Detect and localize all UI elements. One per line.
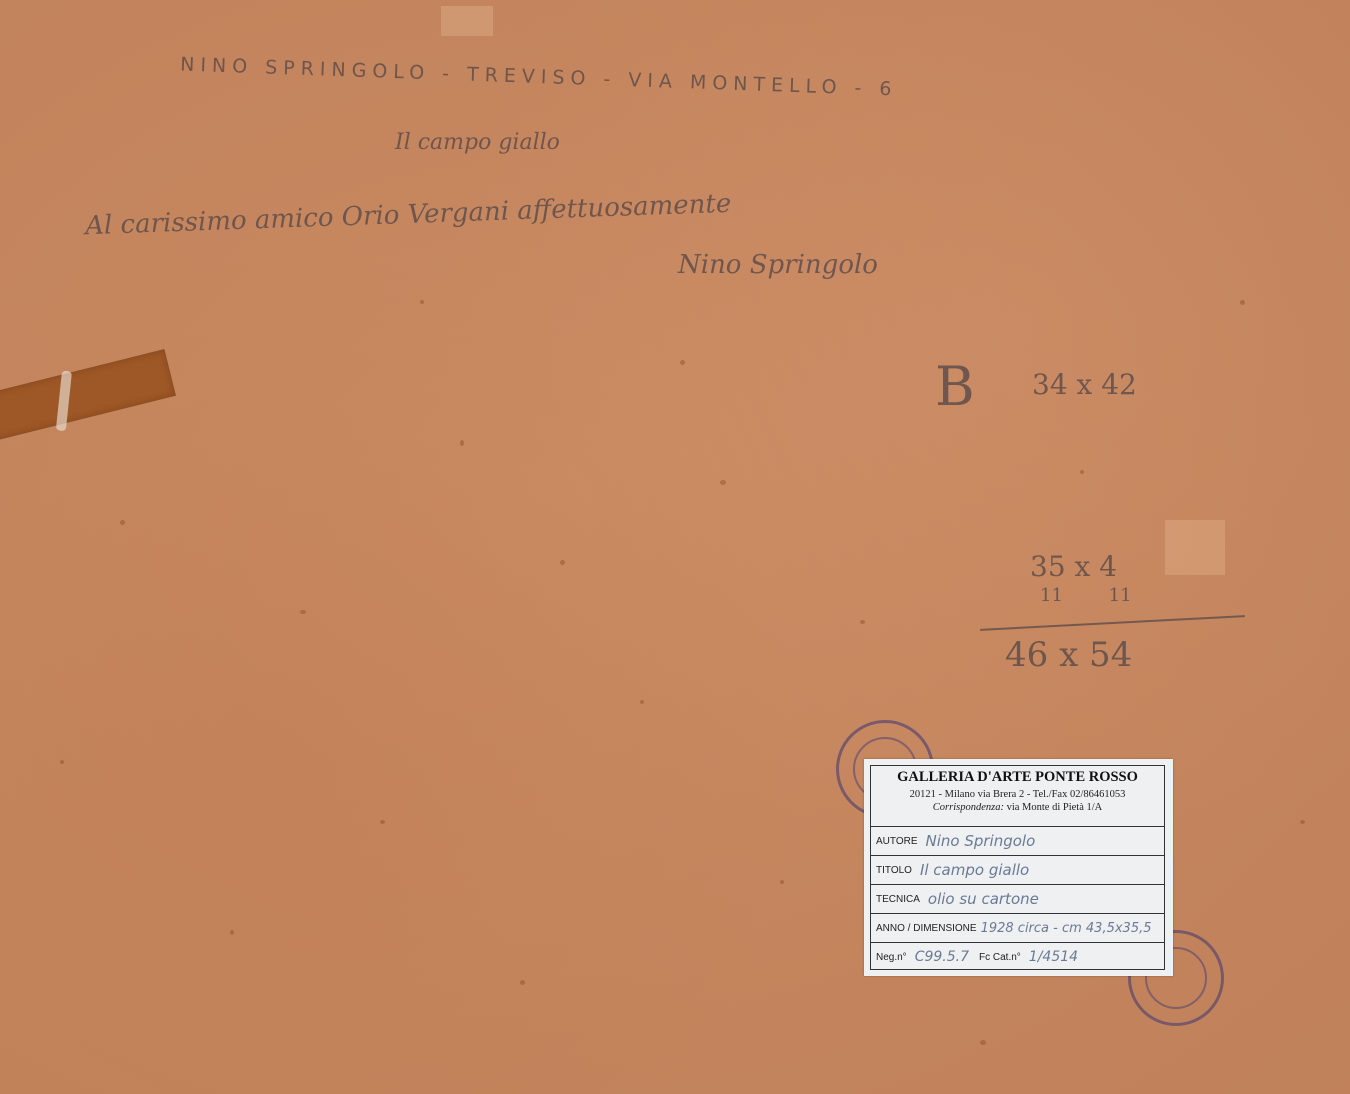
speck — [980, 1040, 986, 1045]
speck — [1300, 820, 1305, 824]
speck — [380, 820, 385, 824]
gallery-label: GALLERIA D'ARTE PONTE ROSSO 20121 - Mila… — [864, 759, 1173, 976]
calc-top: 35 x 4 — [1030, 550, 1117, 583]
speck — [300, 610, 306, 614]
label-row-anno-dimensione: ANNO / DIMENSIONE 1928 circa - cm 43,5x3… — [871, 913, 1164, 942]
label-frame: GALLERIA D'ARTE PONTE ROSSO 20121 - Mila… — [870, 765, 1165, 970]
speck — [860, 620, 865, 624]
calc-rule — [980, 615, 1245, 631]
label-row-autore: AUTORE Nino Springolo — [871, 826, 1164, 855]
row-value: 1928 circa - cm 43,5x35,5 — [981, 921, 1152, 936]
row-label: ANNO / DIMENSIONE — [876, 923, 977, 934]
title-inscription: Il campo giallo — [395, 130, 560, 155]
speck — [1240, 300, 1245, 305]
gallery-name: GALLERIA D'ARTE PONTE ROSSO — [871, 769, 1164, 786]
row-value: C99.5.7 — [915, 949, 969, 965]
speck — [560, 560, 565, 565]
artist-address-inscription: NINO SPRINGOLO - TREVISO - VIA MONTELLO … — [180, 53, 898, 100]
row-label: Neg.n° — [876, 952, 907, 963]
dedication-inscription: Al carissimo amico Orio Vergani affettuo… — [85, 189, 732, 242]
row-label-2: Fc Cat.n° — [979, 952, 1021, 963]
painting-back: NINO SPRINGOLO - TREVISO - VIA MONTELLO … — [0, 0, 1350, 1094]
gallery-address: 20121 - Milano via Brera 2 - Tel./Fax 02… — [871, 789, 1164, 800]
tape-strip — [0, 349, 176, 442]
row-value: Il campo giallo — [920, 861, 1029, 879]
signature-inscription: Nino Springolo — [678, 250, 878, 280]
speck — [680, 360, 685, 365]
calc-bottom: 46 x 54 — [1005, 635, 1132, 675]
label-row-neg-cat: Neg.n° C99.5.7 Fc Cat.n° 1/4514 — [871, 942, 1164, 971]
label-residue-patch — [1165, 520, 1225, 575]
row-label: AUTORE — [876, 836, 918, 847]
size-note: 34 x 42 — [1032, 368, 1137, 401]
row-value-2: 1/4514 — [1029, 949, 1078, 965]
gallery-correspondence: Corrispondenza: via Monte di Pietà 1/A — [871, 802, 1164, 813]
speck — [230, 930, 234, 935]
label-residue-patch — [441, 6, 493, 36]
speck — [780, 880, 784, 884]
correspondence-address: via Monte di Pietà 1/A — [1007, 802, 1103, 813]
speck — [420, 300, 424, 304]
speck — [1080, 470, 1084, 474]
row-label: TITOLO — [876, 865, 912, 876]
speck — [640, 700, 644, 704]
calc-ditto: 11 11 — [1040, 585, 1132, 606]
row-value: Nino Springolo — [926, 832, 1036, 850]
mark-letter: B — [935, 355, 975, 418]
speck — [120, 520, 125, 525]
label-row-titolo: TITOLO Il campo giallo — [871, 855, 1164, 884]
row-value: olio su cartone — [928, 890, 1039, 908]
speck — [520, 980, 525, 985]
speck — [460, 440, 464, 446]
row-label: TECNICA — [876, 894, 920, 905]
speck — [60, 760, 64, 764]
speck — [720, 480, 726, 485]
label-row-tecnica: TECNICA olio su cartone — [871, 884, 1164, 913]
correspondence-label: Corrispondenza: — [933, 802, 1004, 813]
